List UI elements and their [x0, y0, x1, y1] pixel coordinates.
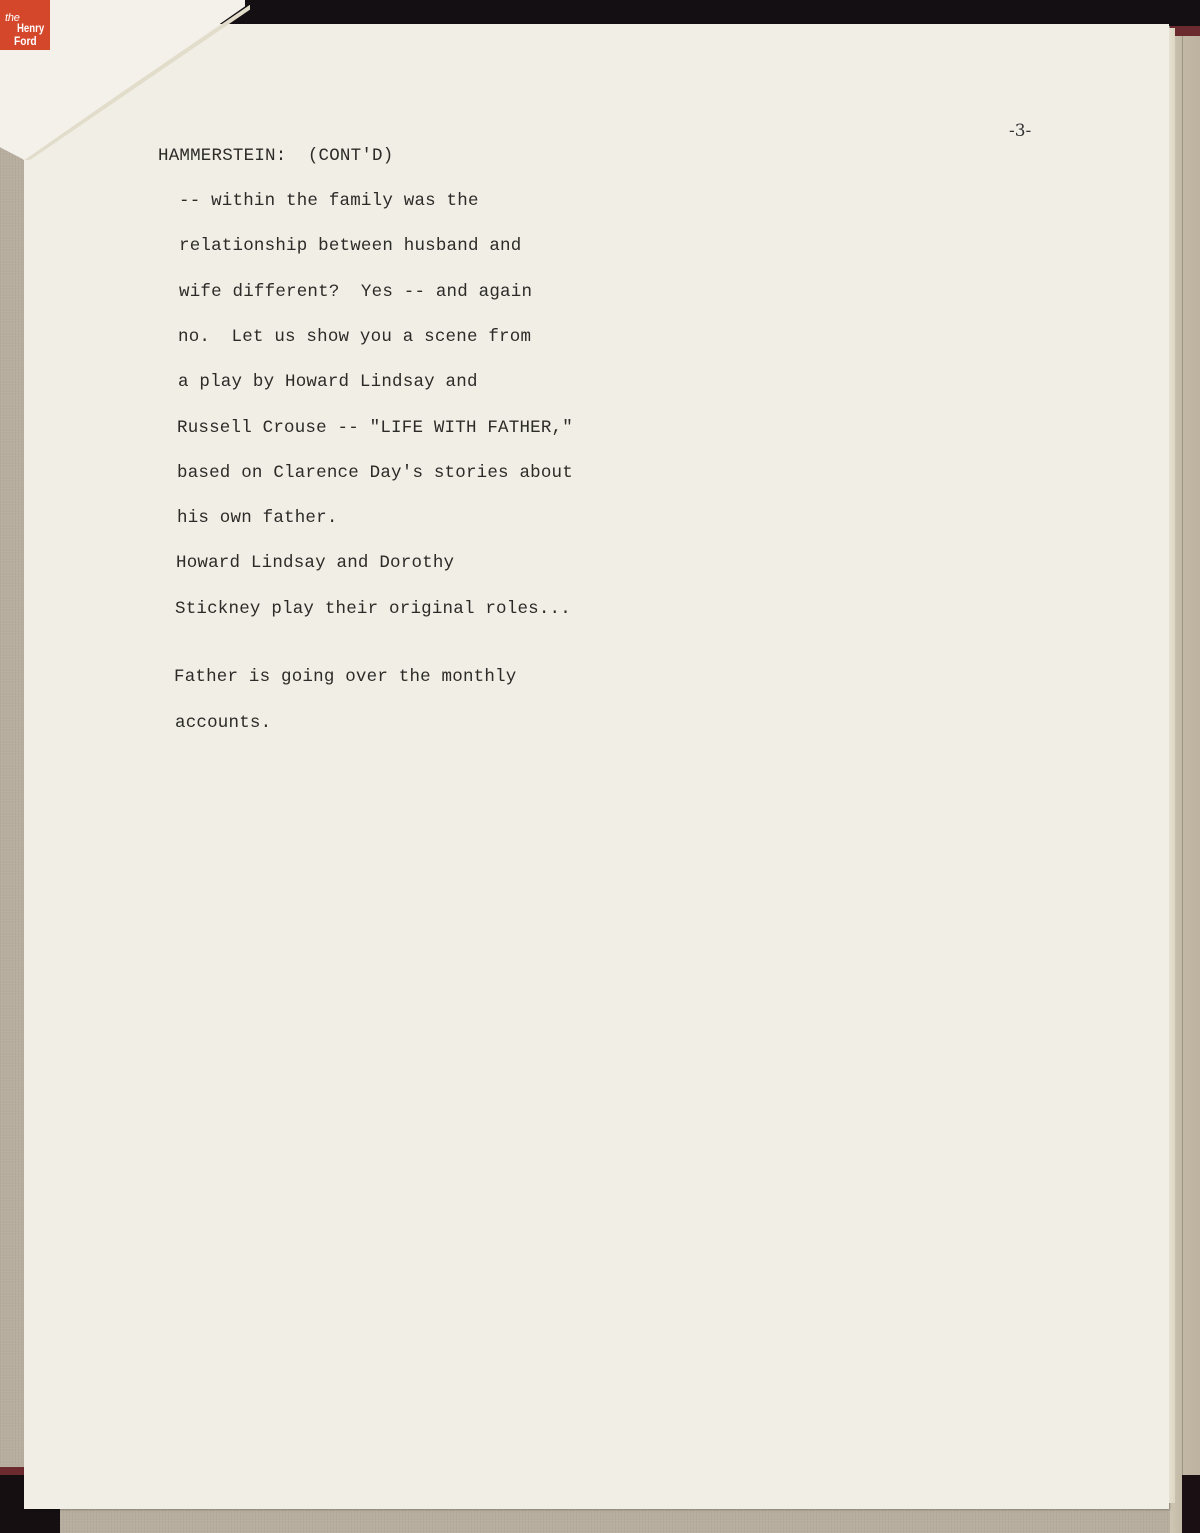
script-line: relationship between husband and	[179, 236, 521, 256]
page-number: -3-	[1009, 121, 1031, 141]
document-page: -3- HAMMERSTEIN: (CONT'D) -- within the …	[24, 24, 1169, 1509]
script-line: a play by Howard Lindsay and	[178, 372, 478, 392]
binder-corner-bottom-right	[1182, 1475, 1200, 1533]
script-line: wife different? Yes -- and again	[179, 282, 532, 302]
script-line: Stickney play their original roles...	[175, 599, 571, 619]
script-line: Father is going over the monthly	[174, 667, 516, 687]
script-line: no. Let us show you a scene from	[178, 327, 531, 347]
speaker-heading: HAMMERSTEIN: (CONT'D)	[158, 146, 393, 166]
logo-text-ford: Ford	[14, 34, 37, 48]
script-line: -- within the family was the	[179, 191, 479, 211]
henry-ford-logo: the Henry Ford	[0, 0, 50, 50]
page-stack-edge	[1169, 28, 1175, 1503]
script-line: Russell Crouse -- "LIFE WITH FATHER,"	[177, 418, 573, 438]
script-line: his own father.	[177, 508, 338, 528]
script-line: Howard Lindsay and Dorothy	[176, 553, 454, 573]
logo-text-henry: Henry	[17, 21, 44, 35]
script-line: accounts.	[175, 713, 271, 733]
script-line: based on Clarence Day's stories about	[177, 463, 573, 483]
